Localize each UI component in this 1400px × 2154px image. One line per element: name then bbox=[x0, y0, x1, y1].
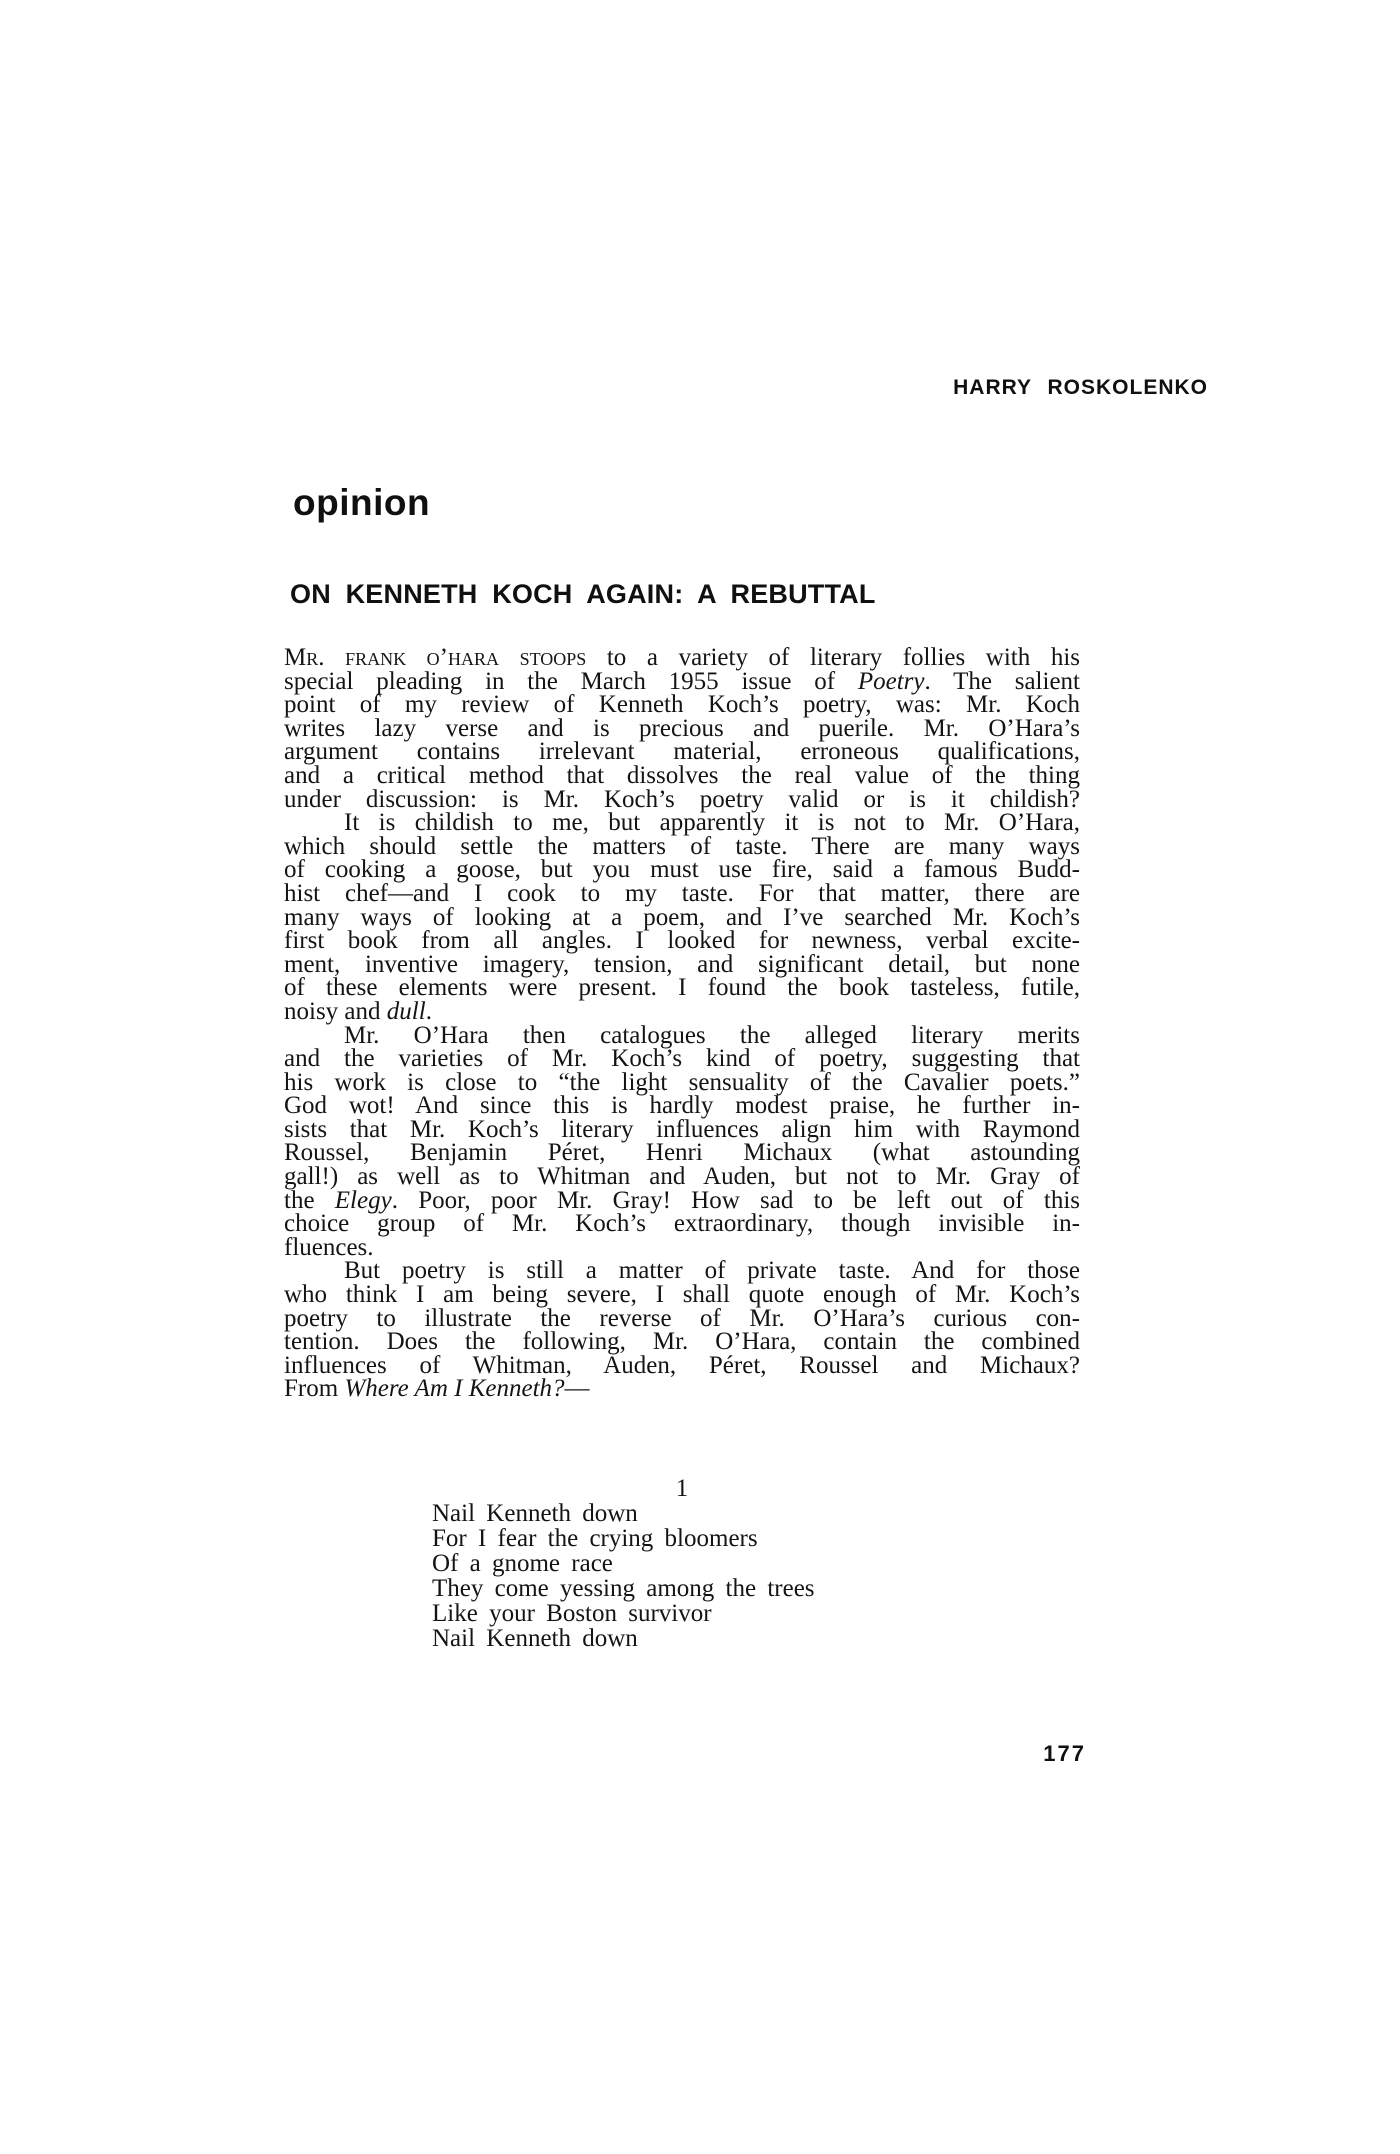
text-line: influences of Whitman, Auden, Péret, Rou… bbox=[284, 1354, 1080, 1378]
text-line: It is childish to me, but apparently it … bbox=[284, 811, 1080, 835]
text-line: Mr. frank o’hara stoops to a variety of … bbox=[284, 646, 1080, 670]
text-line: gall!) as well as to Whitman and Auden, … bbox=[284, 1165, 1080, 1189]
text-line: Roussel, Benjamin Péret, Henri Michaux (… bbox=[284, 1141, 1080, 1165]
article-title: ON KENNETH KOCH AGAIN: A REBUTTAL bbox=[290, 580, 876, 609]
paragraph: It is childish to me, but apparently it … bbox=[284, 811, 1080, 1023]
poem-line: Like your Boston survivor bbox=[432, 1601, 815, 1626]
text-line: many ways of looking at a poem, and I’ve… bbox=[284, 906, 1080, 930]
document-page: HARRY ROSKOLENKO opinion ON KENNETH KOCH… bbox=[0, 0, 1400, 2154]
poem-line: Of a gnome race bbox=[432, 1551, 815, 1576]
text-line: point of my review of Kenneth Koch’s poe… bbox=[284, 693, 1080, 717]
text-line: poetry to illustrate the reverse of Mr. … bbox=[284, 1307, 1080, 1331]
text-line: noisy and dull. bbox=[284, 1000, 1080, 1024]
text-line: who think I am being severe, I shall quo… bbox=[284, 1283, 1080, 1307]
text-line: tention. Does the following, Mr. O’Hara,… bbox=[284, 1330, 1080, 1354]
page-number: 177 bbox=[1043, 1742, 1086, 1765]
text-line: Mr. O’Hara then catalogues the alleged l… bbox=[284, 1024, 1080, 1048]
text-line: God wot! And since this is hardly modest… bbox=[284, 1094, 1080, 1118]
text-line: hist chef—and I cook to my taste. For th… bbox=[284, 882, 1080, 906]
poem-excerpt: Nail Kenneth downFor I fear the crying b… bbox=[432, 1501, 815, 1651]
paragraph: Mr. frank o’hara stoops to a variety of … bbox=[284, 646, 1080, 811]
text-line: the Elegy. Poor, poor Mr. Gray! How sad … bbox=[284, 1189, 1080, 1213]
text-line: fluences. bbox=[284, 1236, 1080, 1260]
text-line: which should settle the matters of taste… bbox=[284, 835, 1080, 859]
text-line: of cooking a goose, but you must use fir… bbox=[284, 858, 1080, 882]
text-line: sists that Mr. Koch’s literary influence… bbox=[284, 1118, 1080, 1142]
poem-line: Nail Kenneth down bbox=[432, 1626, 815, 1651]
text-line: argument contains irrelevant material, e… bbox=[284, 740, 1080, 764]
text-line: and a critical method that dissolves the… bbox=[284, 764, 1080, 788]
text-line: ment, inventive imagery, tension, and si… bbox=[284, 953, 1080, 977]
text-line: under discussion: is Mr. Koch’s poetry v… bbox=[284, 788, 1080, 812]
text-line: But poetry is still a matter of private … bbox=[284, 1259, 1080, 1283]
article-body: Mr. frank o’hara stoops to a variety of … bbox=[284, 646, 1080, 1401]
text-line: From Where Am I Kenneth?— bbox=[284, 1377, 1080, 1401]
text-line: and the varieties of Mr. Koch’s kind of … bbox=[284, 1047, 1080, 1071]
running-head-author: HARRY ROSKOLENKO bbox=[953, 377, 1208, 399]
text-line: choice group of Mr. Koch’s extraordinary… bbox=[284, 1212, 1080, 1236]
text-line: his work is close to “the light sensuali… bbox=[284, 1071, 1080, 1095]
section-heading: opinion bbox=[293, 483, 430, 523]
poem-line: They come yessing among the trees bbox=[432, 1576, 815, 1601]
text-line: of these elements were present. I found … bbox=[284, 976, 1080, 1000]
poem-stanza-number: 1 bbox=[432, 1477, 932, 1501]
poem-line: For I fear the crying bloomers bbox=[432, 1526, 815, 1551]
text-line: special pleading in the March 1955 issue… bbox=[284, 670, 1080, 694]
paragraph: But poetry is still a matter of private … bbox=[284, 1259, 1080, 1401]
paragraph: Mr. O’Hara then catalogues the alleged l… bbox=[284, 1024, 1080, 1260]
text-line: first book from all angles. I looked for… bbox=[284, 929, 1080, 953]
poem-line: Nail Kenneth down bbox=[432, 1501, 815, 1526]
text-line: writes lazy verse and is precious and pu… bbox=[284, 717, 1080, 741]
